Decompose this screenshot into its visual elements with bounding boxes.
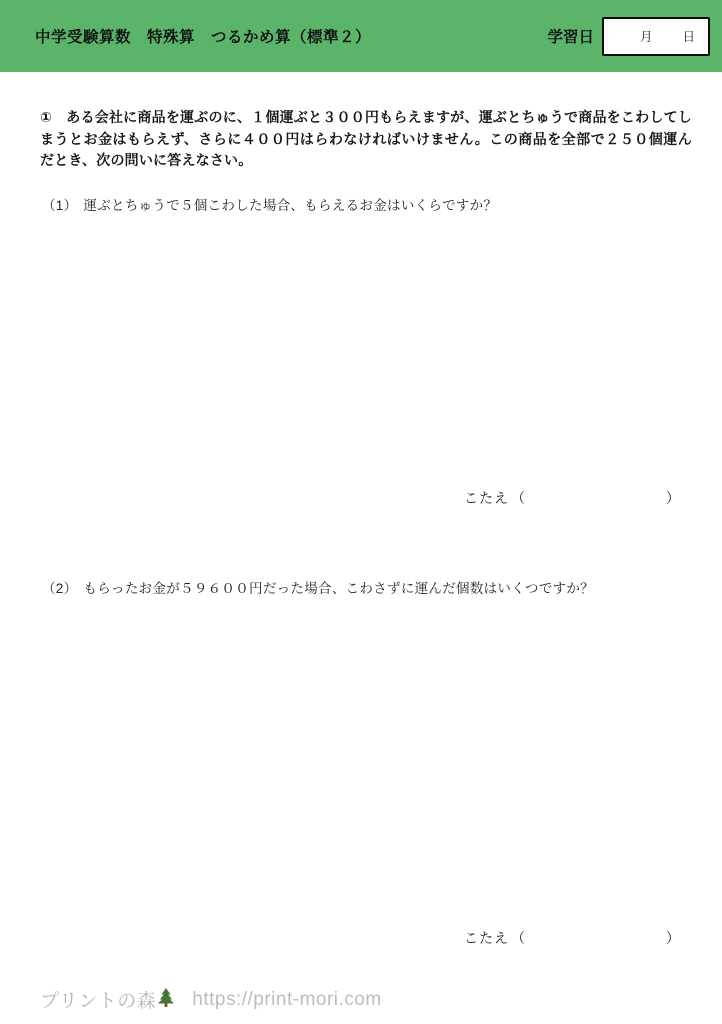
evergreen-tree-icon — [158, 988, 174, 1013]
day-label: 日 — [682, 27, 695, 45]
worksheet-page: 中学受験算数 特殊算 つるかめ算（標準２） 学習日 月 日 ① ある会社に商品を… — [0, 0, 722, 1024]
date-input-box[interactable]: 月 日 — [602, 17, 710, 56]
header-bar: 中学受験算数 特殊算 つるかめ算（標準２） 学習日 月 日 — [0, 0, 722, 72]
study-date-label: 学習日 — [547, 25, 594, 47]
answer-2-open-paren: （ — [511, 928, 526, 948]
question-1-number: （1） — [42, 196, 77, 216]
footer-brand-bar: プリントの森 https://print-mori.com — [40, 986, 382, 1013]
answer-1-open-paren: （ — [511, 488, 526, 508]
answer-2-close-paren: ） — [666, 928, 681, 948]
footer-url: https://print-mori.com — [192, 989, 381, 1011]
brand-name: プリントの森 — [40, 986, 156, 1013]
question-2: （2） もらったお金が５９６００円だった場合、こわさずに運んだ個数はいくつですか… — [42, 579, 594, 599]
answer-1-label: こたえ — [464, 488, 509, 508]
problem-statement: ① ある会社に商品を運ぶのに、１個運ぶと３００円もらえますが、運ぶとちゅうで商品… — [40, 107, 692, 172]
worksheet-title: 中学受験算数 特殊算 つるかめ算（標準２） — [35, 25, 371, 47]
answer-row-1: こたえ （ ） — [464, 488, 681, 508]
question-2-text: もらったお金が５９６００円だった場合、こわさずに運んだ個数はいくつですか？ — [83, 579, 594, 599]
question-2-number: （2） — [42, 579, 77, 599]
question-1-text: 運ぶとちゅうで５個こわした場合、もらえるお金はいくらですか？ — [83, 196, 497, 216]
answer-row-2: こたえ （ ） — [464, 928, 681, 948]
answer-1-close-paren: ） — [666, 488, 681, 508]
study-date-area: 学習日 月 日 — [547, 0, 710, 72]
answer-2-blank[interactable] — [526, 929, 666, 943]
answer-1-blank[interactable] — [526, 489, 666, 503]
question-1: （1） 運ぶとちゅうで５個こわした場合、もらえるお金はいくらですか？ — [42, 196, 497, 216]
answer-2-label: こたえ — [464, 928, 509, 948]
month-label: 月 — [640, 27, 653, 45]
